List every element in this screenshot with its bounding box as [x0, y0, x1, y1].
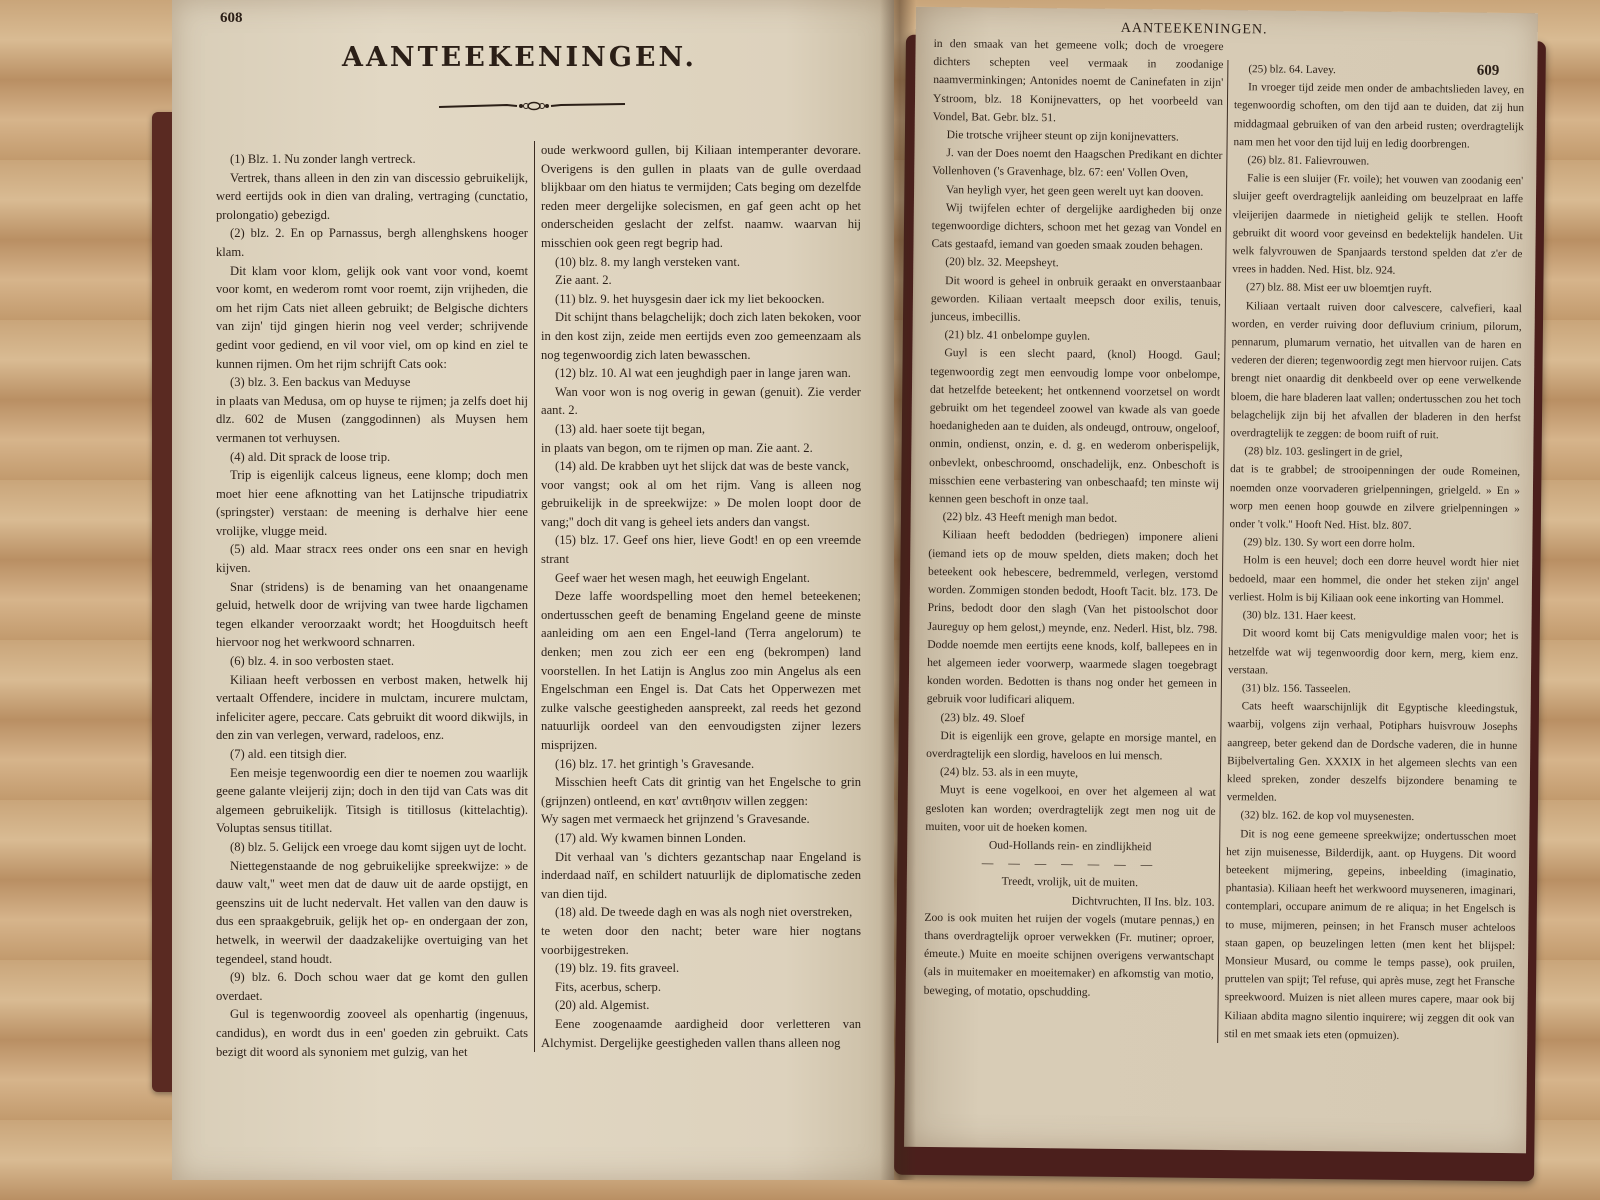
note-paragraph: (16) blz. 17. het grintigh 's Gravesande… [541, 755, 861, 774]
note-paragraph: Dit woord komt bij Cats menigvuldige mal… [1228, 624, 1519, 682]
note-paragraph: Cats heeft waarschijnlijk dit Egyptische… [1227, 697, 1518, 809]
note-paragraph: (14) ald. De krabben uyt het slijck dat … [541, 457, 861, 476]
note-paragraph: Een meisje tegenwoordig een dier te noem… [216, 764, 528, 838]
book-spine-shadow [880, 0, 916, 1180]
note-paragraph: (3) blz. 3. Een backus van Meduyse [216, 373, 528, 392]
note-paragraph: (9) blz. 6. Doch schou waer dat ge komt … [216, 968, 528, 1005]
note-paragraph: (12) blz. 10. Al wat een jeughdigh paer … [541, 364, 861, 383]
right-page-column-2: (25) blz. 64. Lavey. In vroeger tijd zei… [1217, 60, 1524, 1046]
note-paragraph: Trip is eigenlijk calceus ligneus, eene … [216, 466, 528, 540]
note-paragraph: (10) blz. 8. my langh versteken vant. [541, 253, 861, 272]
note-paragraph: Gul is tegenwoordig zooveel als openhart… [216, 1005, 528, 1061]
note-paragraph: J. van der Does noemt den Haagschen Pred… [932, 144, 1222, 183]
note-paragraph: Dit verhaal van 's dichters gezantschap … [541, 848, 861, 904]
note-paragraph: (11) blz. 9. het huysgesin daer ick my l… [541, 290, 861, 309]
note-paragraph: Niettegenstaande de nog gebruikelijke sp… [216, 857, 528, 969]
ornament-divider-icon [437, 99, 627, 113]
note-paragraph: (19) blz. 19. fits graveel. [541, 959, 861, 978]
right-page: AANTEEKENINGEN. 609 in den smaak van het… [904, 7, 1538, 1153]
note-paragraph: (6) blz. 4. in soo verbosten staet. [216, 652, 528, 671]
note-paragraph: Kiliaan heeft verbossen en verbost maken… [216, 671, 528, 745]
note-paragraph: Zie aant. 2. [541, 271, 861, 290]
note-paragraph: Snar (stridens) is de benaming van het o… [216, 578, 528, 652]
note-paragraph: (1) Blz. 1. Nu zonder langh vertreck. [216, 150, 528, 169]
note-paragraph: in plaats van begon, om te rijmen op man… [541, 439, 861, 458]
note-paragraph: (2) blz. 2. En op Parnassus, bergh allen… [216, 224, 528, 261]
note-paragraph: Holm is een heuvel; doch een dorre heuve… [1229, 552, 1520, 610]
note-paragraph: (17) ald. Wy kwamen binnen Londen. [541, 829, 861, 848]
note-paragraph: (15) blz. 17. Geef ons hier, lieve Godt!… [541, 531, 861, 568]
note-paragraph: Dit is nog eene gemeene spreekwijze; ond… [1224, 825, 1516, 1046]
note-paragraph: (5) ald. Maar stracx rees onder ons een … [216, 540, 528, 577]
page-number-left: 608 [220, 10, 243, 27]
note-paragraph: Dit klam voor klom, gelijk ook vant voor… [216, 262, 528, 374]
note-paragraph: in den smaak van het gemeene volk; doch … [933, 35, 1224, 129]
note-paragraph: Guyl is een slecht paard, (knol) Hoogd. … [929, 344, 1221, 511]
note-paragraph: Wan voor won is nog overig in gewan (gen… [541, 383, 861, 420]
note-paragraph: Muyt is eene vogelkooi, en over het alge… [925, 781, 1216, 839]
note-paragraph: Eene zoogenaamde aardigheid door verlett… [541, 1015, 861, 1052]
note-paragraph: Wy sagen met vermaeck het grijnzend 's G… [541, 810, 861, 829]
note-paragraph: Deze laffe woordspelling moet den hemel … [541, 587, 861, 754]
left-page-column-2: oude werkwoord gullen, bij Kiliaan intem… [534, 141, 861, 1052]
note-paragraph: Zoo is ook muiten het ruijen der vogels … [924, 909, 1215, 1003]
note-paragraph: Wij twijfelen echter of dergelijke aardi… [931, 199, 1222, 257]
note-paragraph: Dit is eigenlijk een grove, gelapte en m… [926, 727, 1216, 766]
note-paragraph: Kiliaan vertaalt ruiven door calvescere,… [1230, 297, 1522, 446]
note-paragraph: (4) ald. Dit sprack de loose trip. [216, 448, 528, 467]
note-paragraph: (13) ald. haer soete tijt began, [541, 420, 861, 439]
note-paragraph: te weten door den nacht; beter ware hier… [541, 922, 861, 959]
note-paragraph: dat is te grabbel; de strooipenningen de… [1229, 461, 1520, 537]
left-page-column-1: (1) Blz. 1. Nu zonder langh vertreck. Ve… [216, 150, 528, 1061]
note-paragraph: (20) ald. Algemist. [541, 996, 861, 1015]
note-paragraph: Geef waer het wesen magh, het eeuwigh En… [541, 569, 861, 588]
note-paragraph: oude werkwoord gullen, bij Kiliaan intem… [541, 141, 861, 253]
note-paragraph: in plaats van Medusa, om op huyse te rij… [216, 392, 528, 448]
note-paragraph: Misschien heeft Cats dit grintig van het… [541, 773, 861, 810]
running-head: AANTEEKENINGEN. [1121, 21, 1268, 39]
note-paragraph: voor vangst; ook al om het rijm. Vang is… [541, 476, 861, 532]
note-paragraph: (7) ald. een titsigh dier. [216, 745, 528, 764]
right-page-column-1: in den smaak van het gemeene volk; doch … [924, 35, 1224, 1003]
note-paragraph: Dit schijnt thans belagchelijk; doch zic… [541, 308, 861, 364]
page-title: AANTEEKENINGEN. [342, 42, 697, 73]
note-paragraph: Dit woord is geheel in onbruik geraakt e… [931, 272, 1222, 330]
note-paragraph: Falie is een sluijer (Fr. voile); het vo… [1232, 169, 1523, 281]
left-page: 608 AANTEEKENINGEN. (1) Blz. 1. Nu zonde… [172, 0, 894, 1180]
note-paragraph: Fits, acerbus, scherp. [541, 978, 861, 997]
note-paragraph: In vroeger tijd zeide men onder de ambac… [1233, 78, 1524, 154]
note-paragraph: Vertrek, thans alleen in den zin van dis… [216, 169, 528, 225]
note-paragraph: Kiliaan heeft bedodden (bedriegen) impon… [927, 526, 1219, 711]
note-paragraph: (18) ald. De tweede dagh en was als nogh… [541, 903, 861, 922]
note-paragraph: (32) blz. 162. de kop vol muysenesten. [1226, 806, 1516, 827]
note-paragraph: (8) blz. 5. Gelijck een vroege dau komt … [216, 838, 528, 857]
